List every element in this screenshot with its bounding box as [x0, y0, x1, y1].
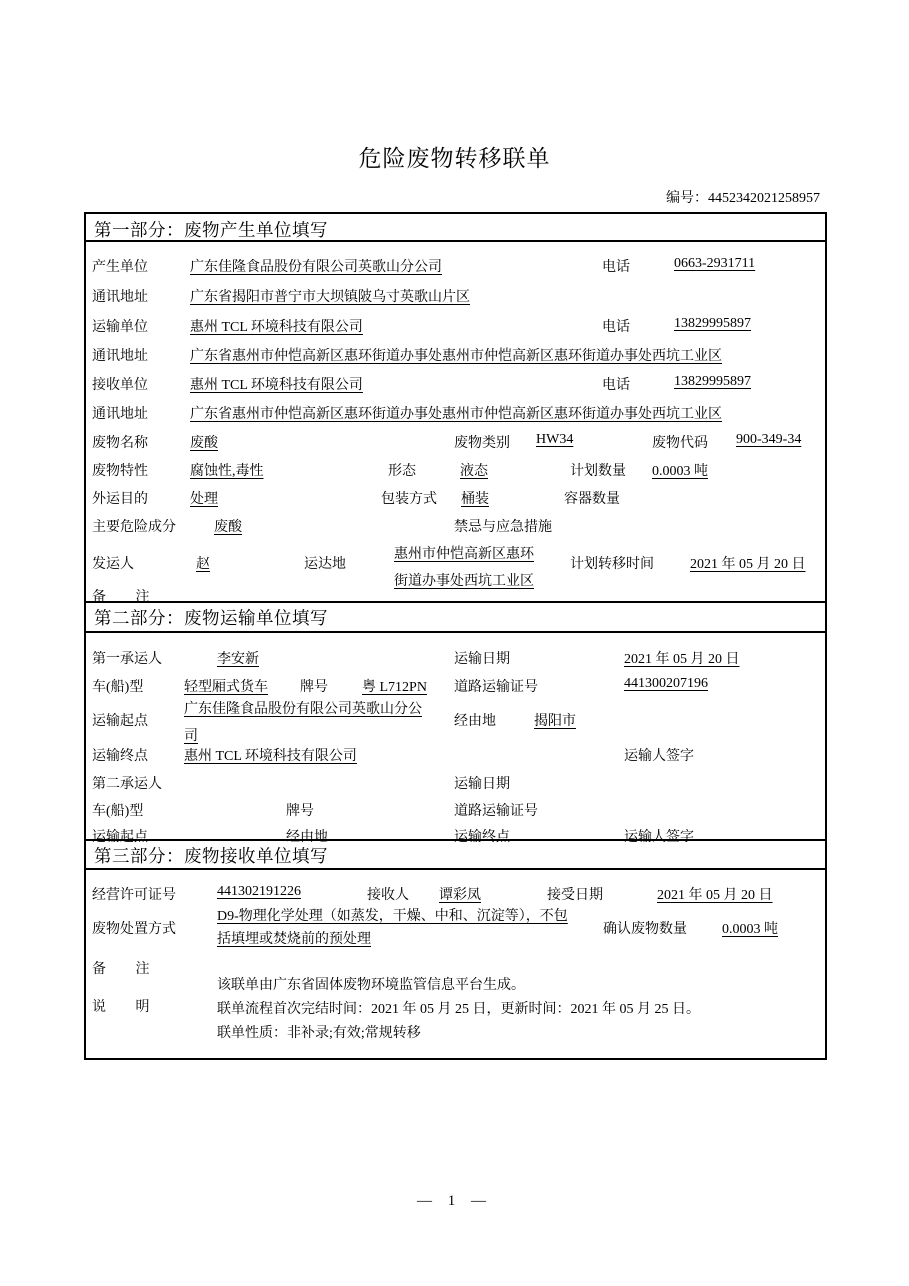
part1-header: 第一部分：废物产生单位填写 [94, 217, 328, 242]
planned-qty-label: 计划数量 [570, 460, 626, 480]
ship-date1-label: 运输日期 [454, 648, 510, 668]
vehicle-type1-label: 车(船)型 [92, 676, 143, 696]
waste-category-value: HW34 [536, 432, 573, 448]
carrier1-signature-label: 运输人签字 [624, 745, 694, 765]
dest1-value: 惠州 TCL 环境科技有限公司 [184, 745, 357, 765]
producer-phone-value: 0663-2931711 [674, 256, 755, 272]
receiver-address-label: 通讯地址 [92, 403, 148, 423]
transfer-time-label: 计划转移时间 [570, 553, 654, 573]
transporter-address-label: 通讯地址 [92, 345, 148, 365]
note-line2: 联单流程首次完结时间：2021 年 05 月 25 日，更新时间：2021 年 … [217, 998, 700, 1018]
packaging-label: 包装方式 [381, 488, 437, 508]
waste-code-label: 废物代码 [652, 432, 708, 452]
emergency-measures-label: 禁忌与应急措施 [454, 516, 552, 536]
receive-date-label: 接受日期 [547, 884, 603, 904]
confirmed-qty-value: 0.0003 吨 [722, 918, 778, 938]
waste-property-value: 腐蚀性,毒性 [190, 460, 264, 480]
waste-name-value: 废酸 [190, 432, 218, 452]
origin1-label: 运输起点 [92, 710, 148, 730]
purpose-value: 处理 [190, 488, 218, 508]
origin1-value: 广东佳隆食品股份有限公司英歌山分公司 [184, 696, 426, 750]
planned-qty-value: 0.0003 吨 [652, 460, 708, 480]
dest1-label: 运输终点 [92, 745, 148, 765]
plate1-label: 牌号 [300, 676, 328, 696]
first-carrier-value: 李安新 [217, 648, 259, 668]
dest2-label: 运输终点 [454, 826, 510, 846]
road-permit1-value: 441300207196 [624, 676, 708, 692]
waste-category-label: 废物类别 [454, 432, 510, 452]
license-value: 441302191226 [217, 884, 301, 900]
via1-label: 经由地 [454, 710, 496, 730]
road-permit2-label: 道路运输证号 [454, 800, 538, 820]
part1-remark-label: 备 注 [92, 586, 163, 606]
first-carrier-label: 第一承运人 [92, 648, 162, 668]
ship-date1-value: 2021 年 05 月 20 日 [624, 648, 740, 668]
container-qty-label: 容器数量 [564, 488, 620, 508]
divider-above-part2-header [86, 601, 825, 603]
receiver-phone-label: 电话 [602, 374, 630, 394]
transporter-address-value: 广东省惠州市仲恺高新区惠环街道办事处惠州市仲恺高新区惠环街道办事处西坑工业区 [190, 345, 722, 365]
producer-value: 广东佳隆食品股份有限公司英歌山分公司 [190, 256, 442, 276]
receiver-address-value: 广东省惠州市仲恺高新区惠环街道办事处惠州市仲恺高新区惠环街道办事处西坑工业区 [190, 403, 722, 423]
receive-date-value: 2021 年 05 月 20 日 [657, 884, 773, 904]
road-permit1-label: 道路运输证号 [454, 676, 538, 696]
transporter-phone-label: 电话 [602, 316, 630, 336]
producer-label: 产生单位 [92, 256, 148, 276]
document-title: 危险废物转移联单 [0, 140, 909, 173]
ship-date2-label: 运输日期 [454, 773, 510, 793]
producer-address-value: 广东省揭阳市普宁市大坝镇陂乌寸英歌山片区 [190, 286, 470, 306]
waste-name-label: 废物名称 [92, 432, 148, 452]
divider-below-part2-header [86, 631, 825, 633]
receiver-phone-value: 13829995897 [674, 374, 751, 390]
hazard-component-label: 主要危险成分 [92, 516, 176, 536]
waste-code-value: 900-349-34 [736, 432, 801, 448]
confirmed-qty-label: 确认废物数量 [603, 918, 687, 938]
serial-label: 编号： [666, 191, 708, 206]
manifest-document-page: 危险废物转移联单 编号：4452342021258957 第一部分：废物产生单位… [0, 0, 909, 1286]
plate1-value: 粤 L712PN [362, 676, 427, 696]
vehicle-type2-label: 车(船)型 [92, 800, 143, 820]
part2-header: 第二部分：废物运输单位填写 [94, 605, 328, 630]
note-label: 说 明 [92, 996, 163, 1016]
vehicle-type1-value: 轻型厢式货车 [184, 676, 268, 696]
second-carrier-label: 第二承运人 [92, 773, 162, 793]
manifest-table: 第一部分：废物产生单位填写 产生单位 广东佳隆食品股份有限公司英歌山分公司 电话… [84, 212, 827, 1060]
disposal-method-value: D9-物理化学处理（如蒸发，干燥、中和、沉淀等），不包括填埋或焚烧前的预处理 [217, 905, 579, 951]
waste-property-label: 废物特性 [92, 460, 148, 480]
shipper-label: 发运人 [92, 553, 134, 573]
note-line1: 该联单由广东省固体废物环境监管信息平台生成。 [217, 974, 525, 994]
producer-phone-label: 电话 [602, 256, 630, 276]
page-number: — 1 — [0, 1193, 909, 1210]
plate2-label: 牌号 [286, 800, 314, 820]
packaging-value: 桶装 [461, 488, 489, 508]
transporter-phone-value: 13829995897 [674, 316, 751, 332]
receiver-value: 惠州 TCL 环境科技有限公司 [190, 374, 363, 394]
physical-form-value: 液态 [460, 460, 488, 480]
serial-value: 4452342021258957 [708, 191, 820, 206]
transporter-value: 惠州 TCL 环境科技有限公司 [190, 316, 363, 336]
note-line3: 联单性质：非补录;有效;常规转移 [217, 1022, 421, 1042]
transfer-time-value: 2021 年 05 月 20 日 [690, 553, 806, 573]
carrier2-signature-label: 运输人签字 [624, 826, 694, 846]
producer-address-label: 通讯地址 [92, 286, 148, 306]
part3-header: 第三部分：废物接收单位填写 [94, 843, 328, 868]
license-label: 经营许可证号 [92, 884, 176, 904]
recipient-label: 接收人 [367, 884, 409, 904]
purpose-label: 外运目的 [92, 488, 148, 508]
destination-value: 惠州市仲恺高新区惠环街道办事处西坑工业区 [394, 541, 540, 595]
recipient-value: 谭彩凤 [439, 884, 481, 904]
hazard-component-value: 废酸 [214, 516, 242, 536]
transporter-label: 运输单位 [92, 316, 148, 336]
receiver-label: 接收单位 [92, 374, 148, 394]
physical-form-label: 形态 [388, 460, 416, 480]
divider-below-part3-header [86, 868, 825, 870]
part3-remark-label: 备 注 [92, 958, 163, 978]
serial-number-line: 编号：4452342021258957 [0, 187, 820, 207]
shipper-value: 赵 [196, 553, 210, 573]
via1-value: 揭阳市 [534, 710, 576, 730]
destination-label: 运达地 [304, 553, 346, 573]
disposal-method-label: 废物处置方式 [92, 918, 176, 938]
